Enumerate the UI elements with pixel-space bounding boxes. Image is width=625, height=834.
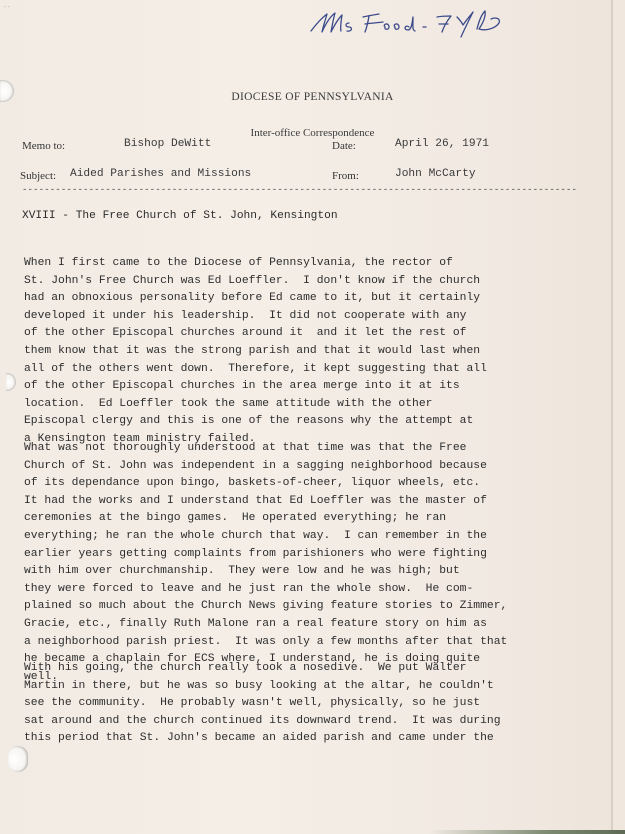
paragraph-line: St. John's Free Church was Ed Loeffler. …	[24, 273, 584, 291]
paragraph: With his going, the church really took a…	[24, 660, 584, 748]
paragraph-line: plained so much about the Church News gi…	[24, 598, 584, 616]
paragraph-line: earlier years getting complaints from pa…	[24, 546, 584, 564]
paragraph-line: had an obnoxious personality before Ed c…	[24, 290, 584, 308]
paragraph-line: a neighborhood parish priest. It was onl…	[24, 634, 584, 652]
paragraph-line: of its dependance upon bingo, baskets-of…	[24, 475, 584, 493]
paragraph-line: Martin in there, but he was so busy look…	[24, 678, 584, 696]
paragraph-line: with him over churchmanship. They were l…	[24, 563, 584, 581]
paragraph-line: What was not thoroughly understood at th…	[24, 440, 584, 458]
paragraph-line: Church of St. John was independent in a …	[24, 458, 584, 476]
paragraph-line: When I first came to the Diocese of Penn…	[24, 255, 584, 273]
document-type-heading: Inter-office Correspondence	[0, 127, 625, 139]
punch-hole-icon	[8, 746, 28, 772]
page-edge-margin	[613, 0, 625, 834]
handwriting-scribble-icon	[305, 5, 525, 41]
paragraph-line: It had the works and I understand that E…	[24, 493, 584, 511]
paragraph: When I first came to the Diocese of Penn…	[24, 255, 584, 449]
handwritten-annotation: Ms Hood - 7 Y.D.	[305, 5, 525, 41]
paragraph-line: of the other Episcopal churches around i…	[24, 325, 584, 343]
paragraph-line: sat around and the church continued its …	[24, 713, 584, 731]
paragraph-line: ceremonies at the bingo games. He operat…	[24, 510, 584, 528]
paragraph-line: location. Ed Loeffler took the same atti…	[24, 396, 584, 414]
subject-label: Subject:	[20, 170, 56, 182]
from-value: John McCarty	[395, 168, 476, 180]
paragraph: What was not thoroughly understood at th…	[24, 440, 584, 686]
memo-to-label: Memo to:	[22, 140, 65, 152]
paragraph-line: everything; he ran the whole church that…	[24, 528, 584, 546]
paragraph-line: see the community. He probably wasn't we…	[24, 695, 584, 713]
bottom-edge-shadow	[430, 830, 625, 834]
stray-pencil-mark: · ·	[4, 4, 10, 11]
organization-heading: DIOCESE OF PENNSYLVANIA	[0, 91, 625, 103]
paragraph-line: Gracie, etc., finally Ruth Malone ran a …	[24, 616, 584, 634]
date-value: April 26, 1971	[395, 138, 489, 150]
paragraph-line: developed it under his leadership. It di…	[24, 308, 584, 326]
subject-value: Aided Parishes and Missions	[70, 168, 251, 180]
paragraph-line: With his going, the church really took a…	[24, 660, 584, 678]
section-title: XVIII - The Free Church of St. John, Ken…	[22, 210, 338, 222]
memo-to-value: Bishop DeWitt	[124, 138, 211, 150]
dashed-divider: ----------------------------------------…	[22, 186, 592, 194]
date-label: Date:	[332, 140, 356, 152]
paragraph-line: they were forced to leave and he just ra…	[24, 581, 584, 599]
paragraph-line: this period that St. John's became an ai…	[24, 730, 584, 748]
punch-hole-icon	[6, 373, 16, 391]
memo-page: · · Ms Hood - 7 Y.D.	[0, 0, 625, 834]
paragraph-line: them know that it was the strong parish …	[24, 343, 584, 361]
paragraph-line: Episcopal clergy and this is one of the …	[24, 413, 584, 431]
paragraph-line: all of the others went down. Therefore, …	[24, 361, 584, 379]
paragraph-line: of the other Episcopal churches in the a…	[24, 378, 584, 396]
from-label: From:	[332, 170, 359, 182]
